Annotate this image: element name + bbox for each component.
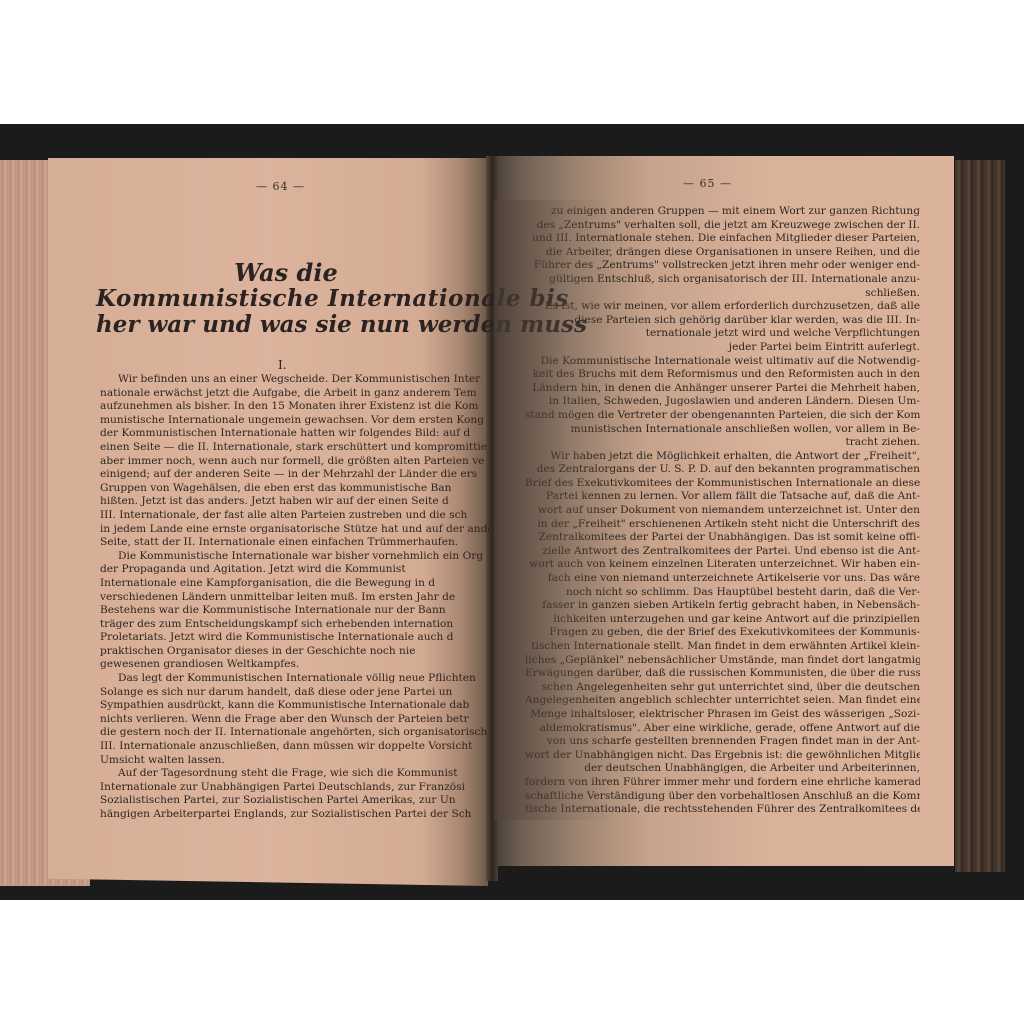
- text-line: in der „Freiheit" erschienenen Artikeln …: [525, 518, 920, 532]
- text-line: munistische Internationale ungemein gewa…: [100, 414, 490, 428]
- text-line: lichkeiten unterzugehen und gar keine An…: [525, 613, 920, 627]
- text-line: Menge inhaltsloser, elektrischer Phrasen…: [525, 708, 920, 722]
- text-line: stand mögen die Vertreter der obengenann…: [525, 409, 920, 423]
- chapter-title-line-1: Was die: [96, 260, 516, 286]
- text-line: in jedem Lande eine ernste organisatoris…: [100, 523, 490, 537]
- text-line: Wir befinden uns an einer Wegscheide. De…: [100, 373, 490, 387]
- text-line: hißten. Jetzt ist das anders. Jetzt habe…: [100, 495, 490, 509]
- text-line: Solange es sich nur darum handelt, daß d…: [100, 686, 490, 700]
- chapter-title-line-2: Kommunistische Internationale bis: [96, 286, 516, 312]
- text-line: fasser in ganzen sieben Artikeln fertig …: [525, 599, 920, 613]
- text-line: der Propaganda und Agitation. Jetzt wird…: [100, 563, 490, 577]
- text-line: schließen.: [525, 287, 920, 301]
- text-line: aber immer noch, wenn auch nur formell, …: [100, 455, 490, 469]
- section-number: I.: [278, 358, 287, 372]
- chapter-title: Was die Kommunistische Internationale bi…: [96, 260, 516, 338]
- right-page-stack-edges: [955, 160, 1005, 872]
- text-line: zielle Antwort des Zentralkomitees der P…: [525, 545, 920, 559]
- text-line: Ländern hin, in denen die Anhänger unser…: [525, 382, 920, 396]
- text-line: III. Internationale, der fast alle alten…: [100, 509, 490, 523]
- text-line: fordern von ihren Führer immer mehr und …: [525, 776, 920, 790]
- text-line: hängigen Arbeiterpartei Englands, zur So…: [100, 808, 490, 822]
- text-line: liches „Geplänkel" nebensächlicher Umstä…: [525, 654, 920, 668]
- text-line: des „Zentrums" verhalten soll, die jetzt…: [525, 219, 920, 233]
- text-line: in Italien, Schweden, Jugoslawien und an…: [525, 395, 920, 409]
- text-line: fach eine von niemand unterzeichnete Art…: [525, 572, 920, 586]
- text-line: Auf der Tagesordnung steht die Frage, wi…: [100, 767, 490, 781]
- text-line: gültigen Entschluß, sich organisatorisch…: [525, 273, 920, 287]
- left-page-body-text: Wir befinden uns an einer Wegscheide. De…: [100, 373, 490, 822]
- text-line: noch nicht so schlimm. Das Hauptübel bes…: [525, 586, 920, 600]
- text-line: Angelegenheiten angeblich schlechter unt…: [525, 694, 920, 708]
- text-line: Wir haben jetzt die Möglichkeit erhalten…: [525, 450, 920, 464]
- text-line: der Kommunistischen Internationale hatte…: [100, 427, 490, 441]
- right-page-body-text: zu einigen anderen Gruppen — mit einem W…: [525, 205, 920, 817]
- text-line: schaftliche Verständigung über den vorbe…: [525, 790, 920, 804]
- text-line: munistischen Internationale anschließen …: [525, 423, 920, 437]
- left-page-number: — 64 —: [256, 180, 305, 193]
- text-line: die gestern noch der II. Internationale …: [100, 726, 490, 740]
- text-line: Fragen zu geben, die der Brief des Exeku…: [525, 626, 920, 640]
- text-line: gewesenen grandiosen Weltkampfes.: [100, 658, 490, 672]
- text-line: Proletariats. Jetzt wird die Kommunistis…: [100, 631, 490, 645]
- text-line: Das legt der Kommunistischen Internation…: [100, 672, 490, 686]
- text-line: zu einigen anderen Gruppen — mit einem W…: [525, 205, 920, 219]
- text-line: und III. Internationale stehen. Die einf…: [525, 232, 920, 246]
- right-page-number: — 65 —: [683, 177, 732, 190]
- text-line: praktischen Organisator dieses in der Ge…: [100, 645, 490, 659]
- text-line: wort auf unser Dokument von niemandem un…: [525, 504, 920, 518]
- text-line: wort auch von keinem einzelnen Literaten…: [525, 558, 920, 572]
- text-line: die Arbeiter, drängen diese Organisation…: [525, 246, 920, 260]
- text-line: verschiedenen Ländern unmittelbar leiten…: [100, 591, 490, 605]
- text-line: Zentralkomitees der Partei der Unabhängi…: [525, 531, 920, 545]
- text-line: ternationale jetzt wird und welche Verpf…: [525, 327, 920, 341]
- text-line: Bestehens war die Kommunistische Interna…: [100, 604, 490, 618]
- text-line: Die Kommunistische Internationale war bi…: [100, 550, 490, 564]
- text-line: Erwägungen darüber, daß die russischen K…: [525, 667, 920, 681]
- text-line: Partei kennen zu lernen. Vor allem fällt…: [525, 490, 920, 504]
- text-line: Internationale eine Kampforganisation, d…: [100, 577, 490, 591]
- text-line: schen Angelegenheiten sehr gut unterrich…: [525, 681, 920, 695]
- text-line: einigend; auf der anderen Seite — in der…: [100, 468, 490, 482]
- text-line: tische Internationale, die rechtsstehend…: [525, 803, 920, 817]
- text-line: der deutschen Unabhängigen, die Arbeiter…: [525, 762, 920, 776]
- text-line: Umsicht walten lassen.: [100, 754, 490, 768]
- text-line: träger des zum Entscheidungskampf sich e…: [100, 618, 490, 632]
- text-line: keit des Bruchs mit dem Reformismus und …: [525, 368, 920, 382]
- text-line: Internationale zur Unabhängigen Partei D…: [100, 781, 490, 795]
- text-line: jeder Partei beim Eintritt auferlegt.: [525, 341, 920, 355]
- text-line: Es ist, wie wir meinen, vor allem erford…: [525, 300, 920, 314]
- text-line: des Zentralorgans der U. S. P. D. auf de…: [525, 463, 920, 477]
- text-line: tracht ziehen.: [525, 436, 920, 450]
- text-line: Führer des „Zentrums" vollstrecken jetzt…: [525, 259, 920, 273]
- text-line: nichts verlieren. Wenn die Frage aber de…: [100, 713, 490, 727]
- chapter-title-line-3: her war und was sie nun werden muss: [96, 312, 516, 338]
- text-line: Gruppen von Wagehälsen, die eben erst da…: [100, 482, 490, 496]
- text-line: diese Parteien sich gehörig darüber klar…: [525, 314, 920, 328]
- text-line: von uns scharfe gestellten brennenden Fr…: [525, 735, 920, 749]
- text-line: Die Kommunistische Internationale weist …: [525, 355, 920, 369]
- text-line: Sympathien ausdrückt, kann die Kommunist…: [100, 699, 490, 713]
- text-line: wort der Unabhängigen nicht. Das Ergebni…: [525, 749, 920, 763]
- text-line: einen Seite — die II. Internationale, st…: [100, 441, 490, 455]
- text-line: Brief des Exekutivkomitees der Kommunist…: [525, 477, 920, 491]
- text-line: Sozialistischen Partei, zur Sozialistisc…: [100, 794, 490, 808]
- text-line: Seite, statt der II. Internationale eine…: [100, 536, 490, 550]
- text-line: nationale erwächst jetzt die Aufgabe, di…: [100, 387, 490, 401]
- text-line: tischen Internationale stellt. Man finde…: [525, 640, 920, 654]
- text-line: aldemokratismus". Aber eine wirkliche, g…: [525, 722, 920, 736]
- text-line: III. Internationale anzuschließen, dann …: [100, 740, 490, 754]
- text-line: aufzunehmen als bisher. In den 15 Monate…: [100, 400, 490, 414]
